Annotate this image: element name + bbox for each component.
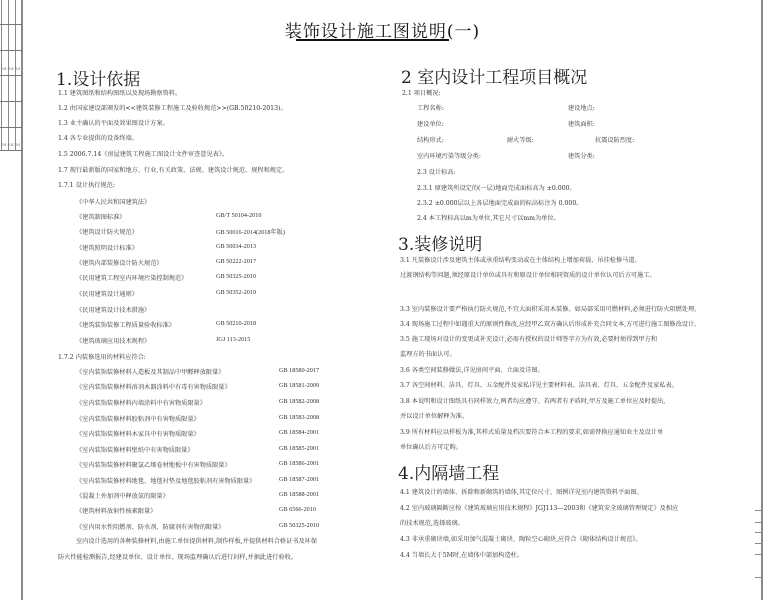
section3-heading: 3.装修说明 xyxy=(398,230,482,255)
strip-line xyxy=(0,127,22,128)
section3-item: 3.9 所有材料应以样板为准,其样式质量及档次要符合本工程的要求,如需替换应通知… xyxy=(400,427,663,436)
standard-name: 《民用建筑设计通则》 xyxy=(76,289,138,298)
section1-closing: 室内设计选用的各种装修材料,由施工单位提供材料,制作样板,并提供材料合格证书及环… xyxy=(76,536,317,545)
standard-code: GB 50352-2019 xyxy=(216,289,256,296)
field-fire-rating: 耐火等级: xyxy=(507,135,534,144)
standard-name: 《建筑玻璃应用技术规程》 xyxy=(76,336,150,345)
standard-code: GB 18580-2017 xyxy=(279,367,319,374)
section3-item: 3.1 凡装修设计涉及建筑主体或承重结构变动或在主体结构上增加荷载、吊挂检修马道… xyxy=(400,255,641,264)
standard-code: GB 18588-2001 xyxy=(279,491,319,498)
field-seismic: 抗震设防烈度: xyxy=(595,135,634,144)
section3-item: 3.4 现场施工过程中如遇重大的原则性修改,应经甲乙双方确认后形成补充合同文本,… xyxy=(400,319,700,328)
edge-tick xyxy=(755,554,761,555)
section3-item: 并以设计单位解释为准。 xyxy=(400,411,468,420)
standard-name: 《民用建筑工程室内环境污染控制规范》 xyxy=(76,273,187,282)
standard-name: 《建筑内部装修设计防火规范》 xyxy=(76,258,163,267)
section4-item: 的技术规范,选择玻璃。 xyxy=(400,518,464,527)
elevation-item: 2.4 本工程标高以m为单位,其它尺寸以mm为单位。 xyxy=(417,213,560,222)
standard-code: GB 50222-2017 xyxy=(216,258,256,265)
standard-name: 《室内装饰装修材料人造板及其制品中甲醛释放限量》 xyxy=(76,367,225,376)
field-pollution-class: 室内环境污染等级分类: xyxy=(417,151,481,160)
standard-name: 《室内装饰装修材料地毯、地毯衬垫及地毯胶粘剂有害物质限量》 xyxy=(76,476,255,485)
section3-item: 3.5 施工现场对设计的变更或补充设计,必需有授权的设计师签字方为有效,必要时须… xyxy=(400,334,657,343)
standard-code: GB 50016-2014(2018年版) xyxy=(216,227,285,236)
section1-item: 1.7.1 设计执行规范: xyxy=(58,180,115,189)
standard-code: GB 50325-2010 xyxy=(216,273,256,280)
standard-name: 《建筑材料放射性核素限量》 xyxy=(76,506,156,515)
section3-item: 单位确认后方可定购。 xyxy=(400,442,462,451)
title-underline xyxy=(296,39,449,41)
strip-line xyxy=(0,50,22,51)
strip-line xyxy=(0,101,22,102)
standard-name: 《室内装饰装修材料溶剂木器涂料中有毒有害物质限量》 xyxy=(76,382,231,391)
standard-name: 《建筑设计防火规范》 xyxy=(76,227,138,236)
strip-stamp-text: Ed.Ed.Ed xyxy=(1,142,20,147)
field-project-name: 工程名称: xyxy=(417,103,444,112)
section1-item: 1.1 建筑图纸和结构图纸以及现场勘察资料。 xyxy=(58,88,181,97)
section3-item: 3.7 各空间材料、洁具、灯具、五金配件及家私详见主要材料表、洁具表、灯具、五金… xyxy=(400,380,678,389)
standard-code: GB 18581-2009 xyxy=(279,382,319,389)
standard-name: 《建筑装饰装修工程质量验收标准》 xyxy=(76,320,175,329)
standard-code: GB 50210-2018 xyxy=(216,320,256,327)
edge-tick xyxy=(755,510,761,511)
standard-name: 《混凝土外加剂中释放氨的限量》 xyxy=(76,491,169,500)
edge-tick xyxy=(755,577,761,578)
material-heading: 1.7.2 内装修选用的材料应符合: xyxy=(58,352,146,361)
elevation-item: 2.3.1 原建筑所设定的(一层)地面完成面标高为 ±0.000。 xyxy=(417,183,576,192)
standard-name: 《中华人民共和国建筑法》 xyxy=(76,197,150,206)
section3-item: 3.3 室内装修设计要严格执行防火规范,不宜大面积采用木装修。如局部采用可燃材料… xyxy=(400,304,700,313)
standard-code: GB 18587-2001 xyxy=(279,476,319,483)
standard-name: 《室内装饰装修材料壁纸中有害物质限量》 xyxy=(76,445,194,454)
standard-code: JGJ 113-2015 xyxy=(216,336,250,343)
section3-item: 监理方的书面认可。 xyxy=(400,349,456,358)
section4-item: 4.3 非承重砌块墙,如采用加气混凝土砌块、陶粒空心砌块,应符合《砌体结构设计规… xyxy=(400,534,642,543)
standard-name: 《室内装饰装修材料胶粘剂中有害物质限量》 xyxy=(76,414,200,423)
section2-subheading: 2.1 项目概况: xyxy=(402,88,441,97)
strip-line xyxy=(0,150,22,151)
standard-name: 《室内装饰装修材料聚氯乙烯卷材地板中有害物质限量》 xyxy=(76,460,231,469)
field-structure: 结构形式: xyxy=(417,135,444,144)
section1-item: 1.7 现行最新版的国家和地方、行业,有关政策、法规、建筑设计规范、规程和规定。 xyxy=(58,165,288,174)
standard-code: GB 18586-2001 xyxy=(279,460,319,467)
section1-item: 1.4 各专业提供的设备终端。 xyxy=(58,133,138,142)
strip-line xyxy=(0,75,22,76)
standard-code: GB 18583-2008 xyxy=(279,414,319,421)
edge-tick xyxy=(755,532,761,533)
edge-tick xyxy=(755,522,761,523)
standard-code: GB 50034-2013 xyxy=(216,243,256,250)
section1-heading: 1.设计依据 xyxy=(56,65,140,90)
standard-name: 《室内用水性阻燃剂、防水剂、防腐剂有害物的限量》 xyxy=(76,522,225,531)
section4-item: 4.4 当墙长大于5M时,在墙体中部加构造柱。 xyxy=(400,550,523,559)
strip-stamp-text: Ed.Ed.Ed xyxy=(1,66,20,71)
standard-code: GB 18585-2001 xyxy=(279,445,319,452)
field-location: 建设地点: xyxy=(568,103,595,112)
standard-code: GB 6566-2010 xyxy=(279,506,316,513)
section1-closing: 防火性能检测报告,经建设单位、设计单位、现场监理确认后进行封样,并据此进行验收。 xyxy=(58,552,297,561)
field-area: 建筑面积: xyxy=(568,119,595,128)
standard-code: GB 18584-2001 xyxy=(279,429,319,436)
section3-item: 过渡钢结构等问题,须经原设计单位或具有和原设计单位相同资质的设计单位认可后方可施… xyxy=(400,270,656,279)
section1-item: 1.5 2006.7.14《房屋建筑工程施工图设计文件审查意见表》。 xyxy=(58,149,228,158)
standard-name: 《建筑制图标准》 xyxy=(76,212,126,221)
standard-code: GB 50325-2010 xyxy=(279,522,319,529)
field-building-class: 建筑分类: xyxy=(568,151,595,160)
standard-name: 《室内装饰装修材料木家具中有害物质限量》 xyxy=(76,429,200,438)
frame-border-left xyxy=(21,0,23,600)
standard-name: 《建筑照明设计标准》 xyxy=(76,243,138,252)
standard-name: 《室内装饰装修材料内墙涂料中有害物质限量》 xyxy=(76,398,206,407)
standard-name: 《民用建筑设计技术措施》 xyxy=(76,305,150,314)
section4-item: 4.1 建筑设计的墙体、拆除和新砌筑的墙体,其定位尺寸、图例详见室内建筑资料平面… xyxy=(400,487,643,496)
section1-item: 1.3 业主确认的平面及效果图设计方案。 xyxy=(58,118,169,127)
frame-border-right xyxy=(761,0,763,600)
section3-item: 3.8 本说明和设计图纸具有同样效力,两者均应遵守。若两者有矛盾时,甲方及施工单… xyxy=(400,396,665,405)
section2-heading: 2 室内设计工程项目概况 xyxy=(401,63,587,88)
section3-item: 3.6 各类空间装修做法,详见房间平面、立面及详图。 xyxy=(400,365,544,374)
standard-code: GB 18582-2008 xyxy=(279,398,319,405)
elevation-item: 2.3.2 ±0.000层以上各层地面完成面的标高标注为 0.000。 xyxy=(417,198,582,207)
field-owner: 建设单位: xyxy=(417,119,444,128)
elevation-item: 2.3 设计标高: xyxy=(417,167,456,176)
section4-item: 4.2 室内玻璃隔断应按《建筑玻璃应用技术规程》JGJ113—2003和《建筑安… xyxy=(400,503,678,512)
standard-code: GB/T 50104-2010 xyxy=(216,212,261,219)
section4-heading: 4.内隔墙工程 xyxy=(398,459,499,484)
edge-tick xyxy=(755,543,761,544)
section1-item: 1.2 由国家建设部颁发的<<建筑装修工程施工及验收规范>>(GB.50210-… xyxy=(58,103,287,112)
